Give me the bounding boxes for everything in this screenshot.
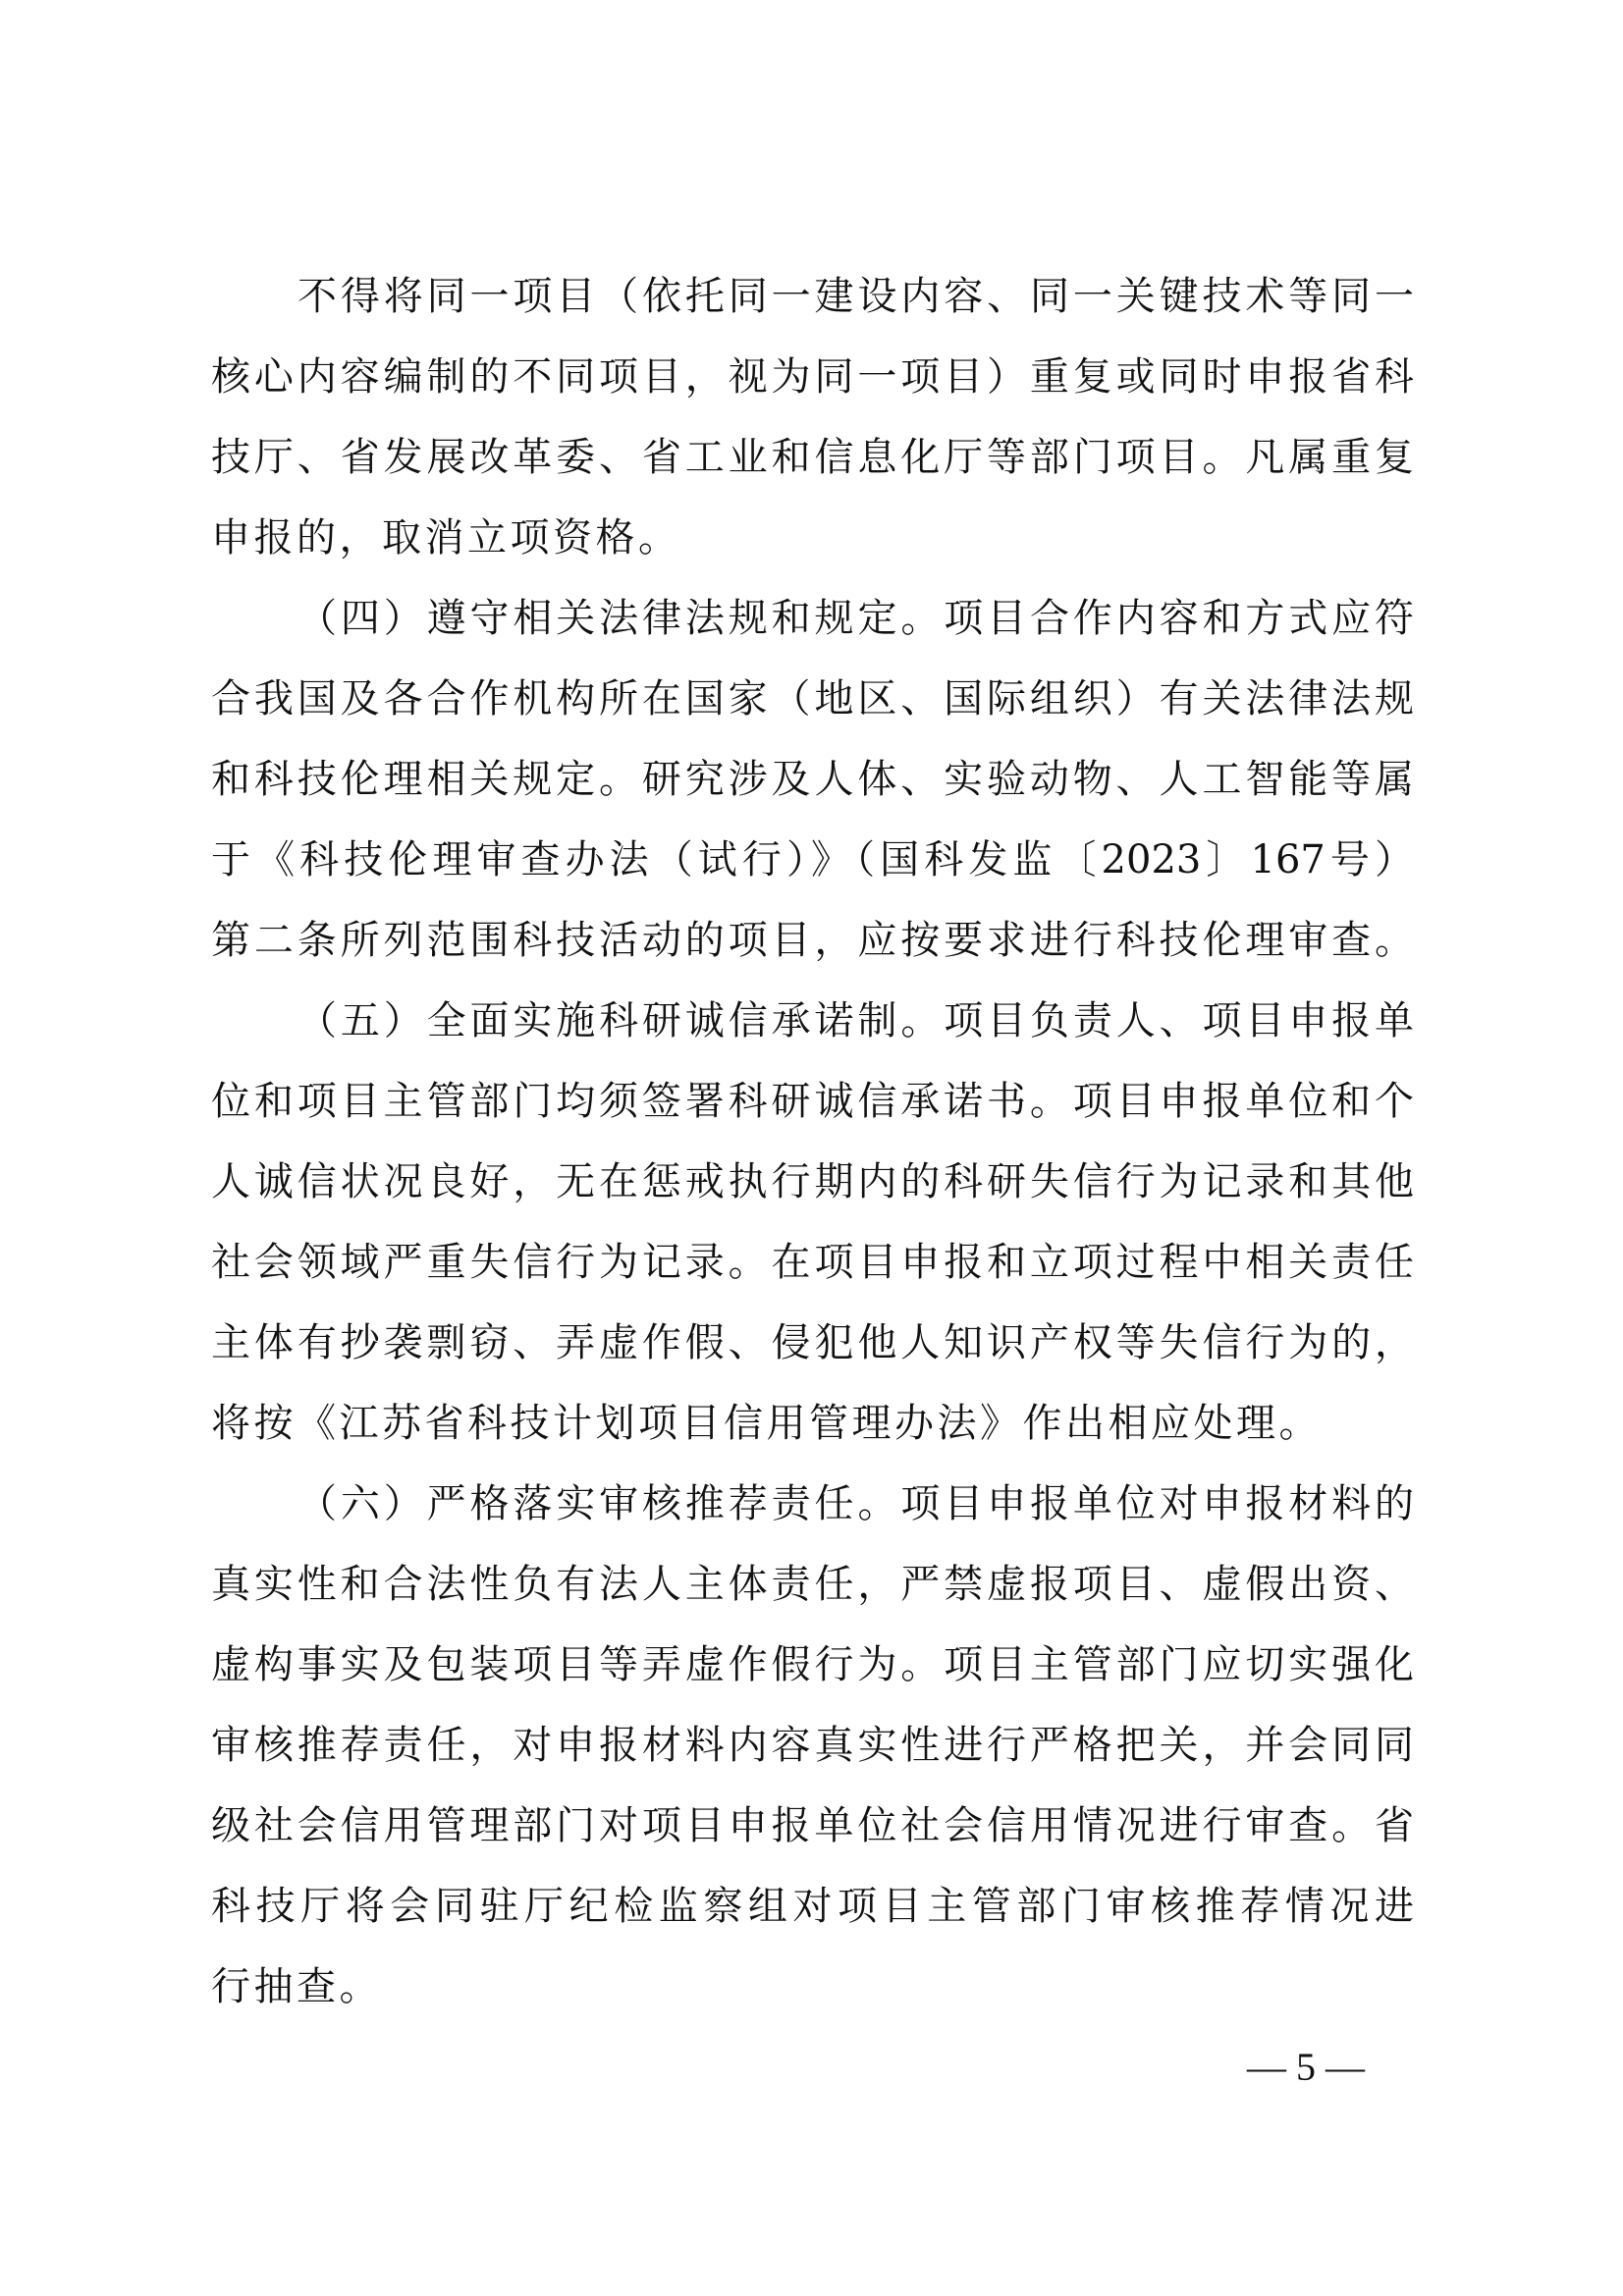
text-line: （六）严格落实审核推荐责任。项目申报单位对申报材料的 [211, 1464, 1414, 1544]
text-line: 人诚信状况良好，无在惩戒执行期内的科研失信行为记录和其他 [211, 1142, 1414, 1222]
paragraph-section-6: （六）严格落实审核推荐责任。项目申报单位对申报材料的 真实性和合法性负有法人主体… [211, 1464, 1414, 2027]
text-line: 真实性和合法性负有法人主体责任，严禁虚报项目、虚假出资、 [211, 1544, 1414, 1625]
text-line: 将按《江苏省科技计划项目信用管理办法》作出相应处理。 [211, 1383, 1414, 1464]
text-line: （四）遵守相关法律法规和规定。项目合作内容和方式应符 [211, 578, 1414, 659]
text-line: 级社会信用管理部门对项目申报单位社会信用情况进行审查。省 [211, 1786, 1414, 1866]
text-line: 合我国及各合作机构所在国家（地区、国际组织）有关法律法规 [211, 659, 1414, 739]
text-line: 位和项目主管部门均须签署科研诚信承诺书。项目申报单位和个 [211, 1061, 1414, 1142]
page-number: — 5 — [1227, 2042, 1384, 2093]
document-body: 不得将同一项目（依托同一建设内容、同一关键技术等同一 核心内容编制的不同项目，视… [211, 256, 1414, 2027]
text-line: 第二条所列范围科技活动的项目，应按要求进行科技伦理审查。 [211, 900, 1414, 981]
paragraph-section-4: （四）遵守相关法律法规和规定。项目合作内容和方式应符 合我国及各合作机构所在国家… [211, 578, 1414, 981]
text-line: 主体有抄袭剽窃、弄虚作假、侵犯他人知识产权等失信行为的， [211, 1303, 1414, 1383]
text-line: 行抽查。 [211, 1947, 1414, 2027]
text-line: 科技厅将会同驻厅纪检监察组对项目主管部门审核推荐情况进 [211, 1866, 1414, 1947]
paragraph-section-5: （五）全面实施科研诚信承诺制。项目负责人、项目申报单 位和项目主管部门均须签署科… [211, 981, 1414, 1464]
text-line: 社会领域严重失信行为记录。在项目申报和立项过程中相关责任 [211, 1222, 1414, 1303]
document-page: 不得将同一项目（依托同一建设内容、同一关键技术等同一 核心内容编制的不同项目，视… [0, 0, 1623, 2296]
text-line: 和科技伦理相关规定。研究涉及人体、实验动物、人工智能等属 [211, 739, 1414, 820]
text-line: 核心内容编制的不同项目，视为同一项目）重复或同时申报省科 [211, 337, 1414, 417]
text-line: 于《科技伦理审查办法（试行）》（国科发监〔2023〕167号） [211, 820, 1414, 900]
text-line: 审核推荐责任，对申报材料内容真实性进行严格把关，并会同同 [211, 1705, 1414, 1786]
text-line: 不得将同一项目（依托同一建设内容、同一关键技术等同一 [211, 256, 1414, 337]
text-line: 虚构事实及包装项目等弄虚作假行为。项目主管部门应切实强化 [211, 1625, 1414, 1705]
text-line: 技厅、省发展改革委、省工业和信息化厅等部门项目。凡属重复 [211, 417, 1414, 498]
text-line: （五）全面实施科研诚信承诺制。项目负责人、项目申报单 [211, 981, 1414, 1061]
text-line: 申报的，取消立项资格。 [211, 498, 1414, 578]
paragraph-continuation: 不得将同一项目（依托同一建设内容、同一关键技术等同一 核心内容编制的不同项目，视… [211, 256, 1414, 578]
